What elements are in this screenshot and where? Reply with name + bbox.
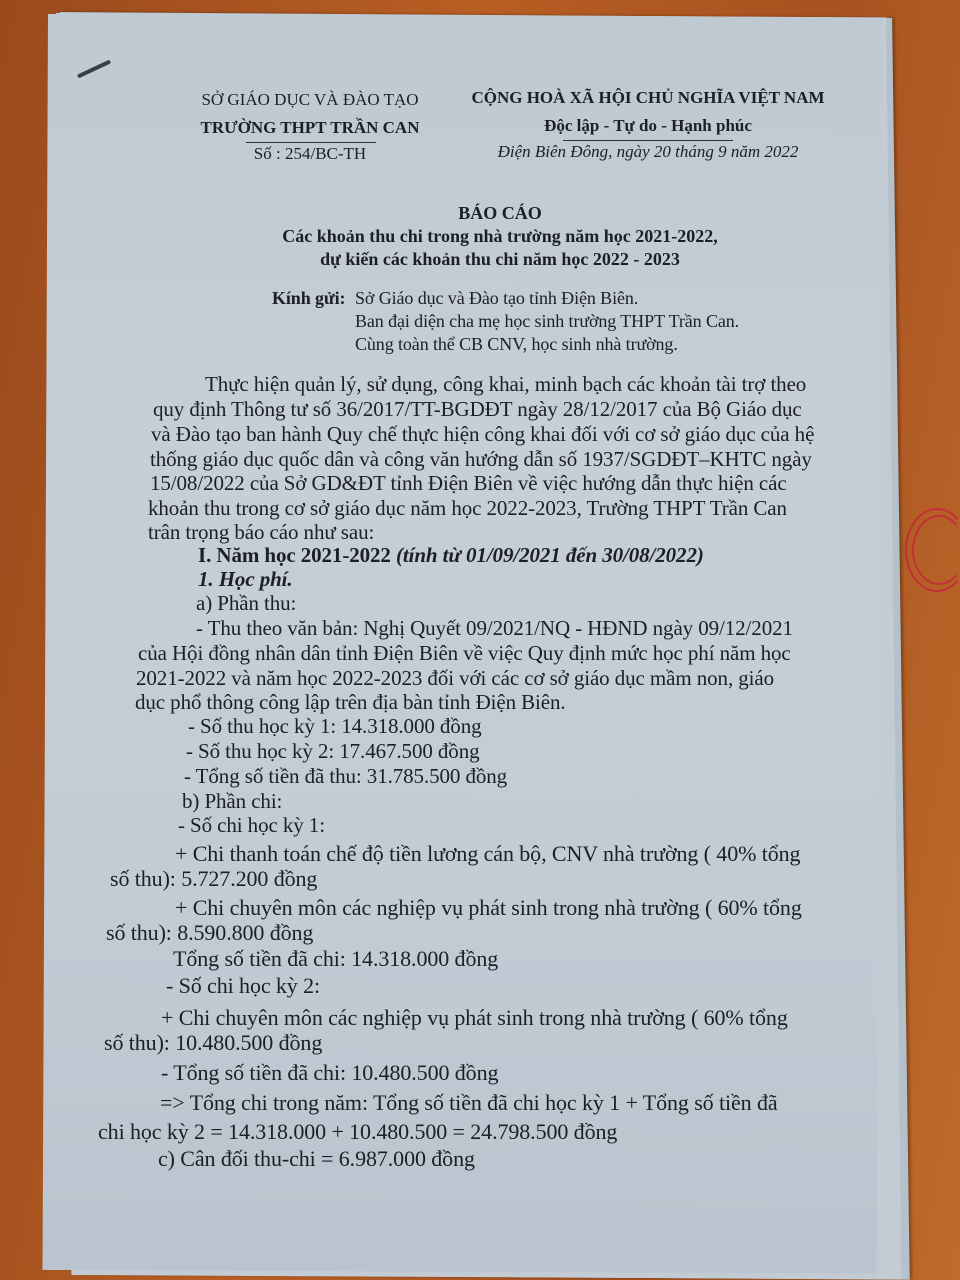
income-term-1: - Số thu học kỳ 1: 14.318.000 đồng [188,714,482,739]
basis-line: - Thu theo văn bản: Nghị Quyết 09/2021/N… [196,616,793,641]
place-date: Điện Biên Đông, ngày 20 tháng 9 năm 2022 [448,142,848,162]
term-2-expense-label: - Số chi học kỳ 2: [166,973,320,999]
recipient-3: Cùng toàn thể CB CNV, học sinh nhà trườn… [355,334,678,355]
term-2-total: - Tổng số tiền đã chi: 10.480.500 đồng [161,1060,498,1086]
report-subtitle-line-1: Các khoản thu chi trong nhà trường năm h… [200,226,800,247]
term-1-item-cont: số thu): 8.590.800 đồng [106,920,313,946]
part-b-label: b) Phần chi: [182,789,282,814]
national-motto: Độc lập - Tự do - Hạnh phúc [448,116,848,136]
part-a-label: a) Phần thu: [196,591,296,616]
basis-line: dục phổ thông công lập trên địa bàn tỉnh… [135,690,566,715]
section-heading-text: I. Năm học 2021-2022 [198,543,391,567]
section-heading: I. Năm học 2021-2022 (tính từ 01/09/2021… [198,543,704,568]
recipients-label: Kính gửi: [272,288,345,309]
basis-line: của Hội đồng nhân dân tỉnh Điện Biên về … [138,641,791,666]
year-total-line: => Tổng chi trong năm: Tổng số tiền đã c… [160,1090,778,1116]
school-name: TRƯỜNG THPT TRẦN CAN [180,118,440,138]
recipient-1: Sở Giáo dục và Đào tạo tỉnh Điện Biên. [355,288,638,309]
term-1-total: Tổng số tiền đã chi: 14.318.000 đồng [173,946,498,972]
school-underline [246,142,376,143]
subsection-heading: 1. Học phí. [198,567,293,592]
intro-line: khoản thu trong cơ sở giáo dục năm học 2… [148,496,787,521]
intro-line: và Đào tạo ban hành Quy chế thực hiện cô… [151,422,814,447]
department-name: SỞ GIÁO DỤC VÀ ĐÀO TẠO [180,90,440,110]
intro-line: thống giáo dục quốc dân và công văn hướn… [150,447,812,472]
intro-line: quy định Thông tư số 36/2017/TT-BGDĐT ng… [153,397,802,422]
year-total-line: chi học kỳ 2 = 14.318.000 + 10.480.500 =… [98,1119,617,1145]
term-2-item-cont: số thu): 10.480.500 đồng [104,1030,322,1056]
intro-line: Thực hiện quản lý, sử dụng, công khai, m… [205,372,806,397]
motto-underline [563,140,733,141]
income-total: - Tổng số tiền đã thu: 31.785.500 đồng [184,764,507,789]
section-heading-note: (tính từ 01/09/2021 đến 30/08/2022) [396,543,704,567]
term-1-expense-label: - Số chi học kỳ 1: [178,813,325,838]
recipient-2: Ban đại diện cha mẹ học sinh trường THPT… [355,311,739,332]
intro-line: 15/08/2022 của Sở GD&ĐT tỉnh Điện Biên v… [150,471,787,496]
term-1-item: + Chi chuyên môn các nghiệp vụ phát sinh… [175,895,802,921]
term-1-item: + Chi thanh toán chế độ tiền lương cán b… [175,841,800,867]
income-term-2: - Số thu học kỳ 2: 17.467.500 đồng [186,739,480,764]
report-title: BÁO CÁO [240,203,760,224]
term-2-item: + Chi chuyên môn các nghiệp vụ phát sinh… [161,1005,788,1031]
report-subtitle-line-2: dự kiến các khoản thu chi năm học 2022 -… [200,249,800,270]
basis-line: 2021-2022 và năm học 2022-2023 đối với c… [136,666,774,691]
document-number: Số : 254/BC-TH [180,144,440,164]
term-1-item-cont: số thu): 5.727.200 đồng [110,866,317,892]
intro-line: trân trọng báo cáo như sau: [148,520,374,545]
nation-title: CỘNG HOÀ XÃ HỘI CHỦ NGHĨA VIỆT NAM [448,88,848,108]
balance-line: c) Cân đối thu-chi = 6.987.000 đồng [158,1146,475,1172]
red-stamp-mark [905,508,960,592]
